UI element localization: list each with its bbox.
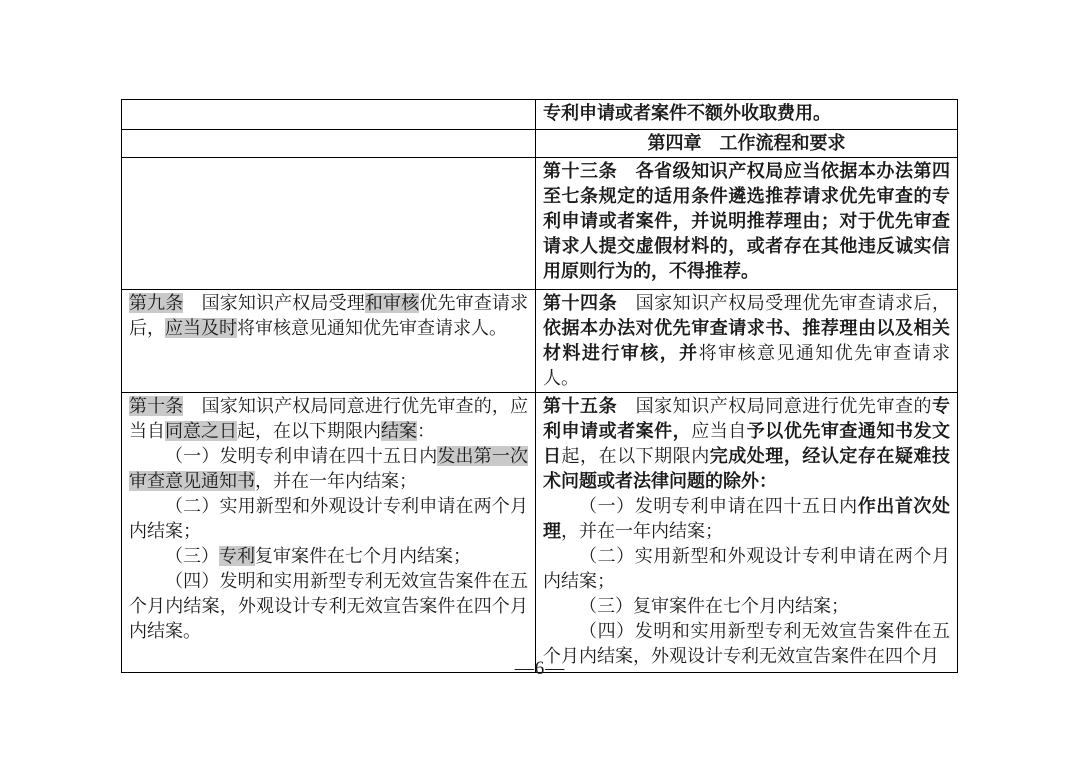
table-cell-old: 第九条 国家知识产权局受理和审核优先审查请求后，应当及时将审核意见通知优先审查请… <box>122 290 536 393</box>
text-segment: ： <box>417 421 435 441</box>
paragraph: 第四章 工作流程和要求 <box>543 131 950 156</box>
text-segment: 复审案件在七个月内结案； <box>255 546 471 566</box>
highlighted-text: 和审核 <box>365 293 419 313</box>
text-segment: 国家知识产权局同意进行优先审查的 <box>617 396 932 416</box>
table-row-article-10-vs-15: 第十条 国家知识产权局同意进行优先审查的，应当自同意之日起，在以下期限内结案：（… <box>122 393 958 673</box>
highlighted-text: 专利 <box>219 546 255 566</box>
cell-content: 第十条 国家知识产权局同意进行优先审查的，应当自同意之日起，在以下期限内结案：（… <box>129 394 528 670</box>
table-cell-new: 第十五条 国家知识产权局同意进行优先审查的专利申请或者案件，应当自予以优先审查通… <box>536 393 958 673</box>
highlighted-text: 应当及时 <box>165 318 237 338</box>
table-cell-new: 第十四条 国家知识产权局受理优先审查请求后，依据本办法对优先审查请求书、推荐理由… <box>536 290 958 393</box>
comparison-table-body: 专利申请或者案件不额外收取费用。 第四章 工作流程和要求 第十三条 各省级知识产… <box>122 100 958 673</box>
cell-content: 第十三条 各省级知识产权局应当依据本办法第四至七条规定的适用条件遴选推荐请求优先… <box>543 159 950 284</box>
cell-content: 第九条 国家知识产权局受理和审核优先审查请求后，应当及时将审核意见通知优先审查请… <box>129 291 528 341</box>
text-segment: 将审核意见通知优先审查请求人。 <box>237 318 507 338</box>
table-cell-new: 专利申请或者案件不额外收取费用。 <box>536 100 958 130</box>
revised-bold-text: 第十四条 <box>543 293 617 313</box>
table-row-chapter-heading: 第四章 工作流程和要求 <box>122 130 958 158</box>
text-segment: 国家知识产权局受理优先审查请求后， <box>617 293 950 313</box>
table-row-article-9-vs-14: 第九条 国家知识产权局受理和审核优先审查请求后，应当及时将审核意见通知优先审查请… <box>122 290 958 393</box>
table-row: 专利申请或者案件不额外收取费用。 <box>122 100 958 130</box>
text-segment: 起，在以下期限内 <box>237 421 381 441</box>
cell-content: 第四章 工作流程和要求 <box>543 131 950 156</box>
revised-bold-text: 第四章 工作流程和要求 <box>648 133 846 153</box>
table-cell-old <box>122 158 536 290</box>
text-segment: 起，在以下期限内 <box>562 446 710 466</box>
paragraph: 专利申请或者案件不额外收取费用。 <box>543 101 950 126</box>
paragraph: （三）专利复审案件在七个月内结案； <box>129 544 528 569</box>
table-cell-old <box>122 130 536 158</box>
paragraph: 第九条 国家知识产权局受理和审核优先审查请求后，应当及时将审核意见通知优先审查请… <box>129 291 528 341</box>
text-segment: （三） <box>165 546 219 566</box>
paragraph: 第十条 国家知识产权局同意进行优先审查的，应当自同意之日起，在以下期限内结案： <box>129 394 528 444</box>
text-segment: 国家知识产权局受理 <box>183 293 364 313</box>
text-segment: （三）复审案件在七个月内结案； <box>579 596 849 616</box>
paragraph: （二）实用新型和外观设计专利申请在两个月内结案； <box>543 544 950 594</box>
document-page: 专利申请或者案件不额外收取费用。 第四章 工作流程和要求 第十三条 各省级知识产… <box>0 0 1080 764</box>
text-segment: ，并在一年内结案； <box>561 521 723 541</box>
revised-bold-text: 第十三条 各省级知识产权局应当依据本办法第四至七条规定的适用条件遴选推荐请求优先… <box>543 161 950 281</box>
text-segment: 应当自 <box>691 421 747 441</box>
table-cell-old: 第十条 国家知识产权局同意进行优先审查的，应当自同意之日起，在以下期限内结案：（… <box>122 393 536 673</box>
cell-content: 专利申请或者案件不额外收取费用。 <box>543 101 950 126</box>
text-segment: ，并在一年内结案； <box>255 471 417 491</box>
table-cell-new: 第十三条 各省级知识产权局应当依据本办法第四至七条规定的适用条件遴选推荐请求优先… <box>536 158 958 290</box>
revised-bold-text: 第十五条 <box>543 396 617 416</box>
paragraph: 第十四条 国家知识产权局受理优先审查请求后，依据本办法对优先审查请求书、推荐理由… <box>543 291 950 391</box>
page-number: —6— <box>0 658 1080 680</box>
paragraph: （三）复审案件在七个月内结案； <box>543 594 950 619</box>
paragraph: 第十五条 国家知识产权局同意进行优先审查的专利申请或者案件，应当自予以优先审查通… <box>543 394 950 494</box>
cell-content: 第十四条 国家知识产权局受理优先审查请求后，依据本办法对优先审查请求书、推荐理由… <box>543 291 950 391</box>
highlighted-text: 第九条 <box>129 293 183 313</box>
paragraph: 第十三条 各省级知识产权局应当依据本办法第四至七条规定的适用条件遴选推荐请求优先… <box>543 159 950 284</box>
text-segment: （一）发明专利申请在四十五日内 <box>579 496 858 516</box>
paragraph: （一）发明专利申请在四十五日内作出首次处理，并在一年内结案； <box>543 494 950 544</box>
comparison-table: 专利申请或者案件不额外收取费用。 第四章 工作流程和要求 第十三条 各省级知识产… <box>121 99 958 673</box>
text-segment: （四）发明和实用新型专利无效宣告案件在五个月内结案，外观设计专利无效宣告案件在四… <box>129 571 528 641</box>
highlighted-text: 第十条 <box>129 396 183 416</box>
table-cell-new: 第四章 工作流程和要求 <box>536 130 958 158</box>
text-segment: （二）实用新型和外观设计专利申请在两个月内结案； <box>129 496 528 541</box>
highlighted-text: 同意之日 <box>165 421 237 441</box>
highlighted-text: 结案 <box>381 421 417 441</box>
paragraph: （一）发明专利申请在四十五日内发出第一次审查意见通知书，并在一年内结案； <box>129 444 528 494</box>
text-segment: （一）发明专利申请在四十五日内 <box>165 446 437 466</box>
text-segment: （二）实用新型和外观设计专利申请在两个月内结案； <box>543 546 950 591</box>
paragraph: （二）实用新型和外观设计专利申请在两个月内结案； <box>129 494 528 544</box>
cell-content: 第十五条 国家知识产权局同意进行优先审查的专利申请或者案件，应当自予以优先审查通… <box>543 394 950 670</box>
revised-bold-text: 专利申请或者案件不额外收取费用。 <box>543 103 831 123</box>
paragraph: （四）发明和实用新型专利无效宣告案件在五个月内结案，外观设计专利无效宣告案件在四… <box>129 569 528 644</box>
table-cell-old <box>122 100 536 130</box>
table-row-article-13: 第十三条 各省级知识产权局应当依据本办法第四至七条规定的适用条件遴选推荐请求优先… <box>122 158 958 290</box>
